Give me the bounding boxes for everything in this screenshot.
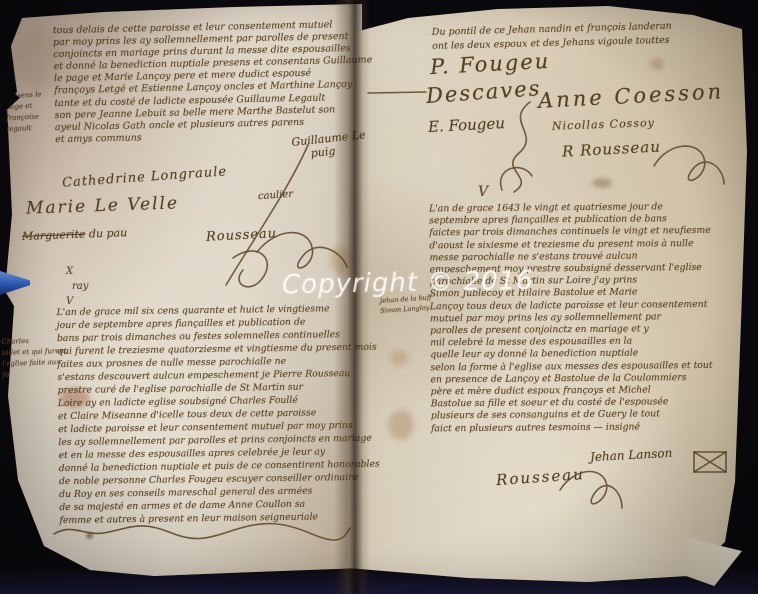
right-paragraph: L'an de grace 1643 le vingt et quatriesm…: [429, 201, 733, 435]
stain: [592, 178, 612, 188]
mark: ray: [66, 279, 88, 294]
rousseau-paraph-right: [648, 136, 728, 192]
manuscript-photo: presens le page et françoise legault tou…: [0, 0, 758, 594]
paragraph-initial: V: [478, 184, 488, 200]
jehan-paraph: [690, 446, 732, 478]
margin-dash: [366, 88, 428, 98]
manuscript-line: l'eglise faite aux: [2, 357, 56, 370]
stain: [388, 410, 414, 440]
manuscript-line: fo: [2, 368, 56, 381]
stain: [650, 58, 664, 70]
struck-word: Marguerite: [22, 228, 86, 243]
mark: X: [66, 264, 88, 279]
copyright-watermark: Copyright © 2016: [282, 266, 534, 300]
fougeu-paraph: [492, 98, 552, 198]
stain: [390, 350, 408, 366]
rousseau-closing-paraph: [556, 462, 626, 518]
section-marks: X ray V: [66, 264, 88, 309]
signature-word: du pau: [89, 226, 128, 240]
left-paragraph-2: L'an de grace mil six cens quarante et h…: [56, 302, 357, 527]
left-paragraph-1: tous delais de cette paroisse et leur co…: [53, 19, 357, 146]
left-margin-note-mid: Charles uillet et qui furent l'eglise fa…: [1, 335, 57, 381]
